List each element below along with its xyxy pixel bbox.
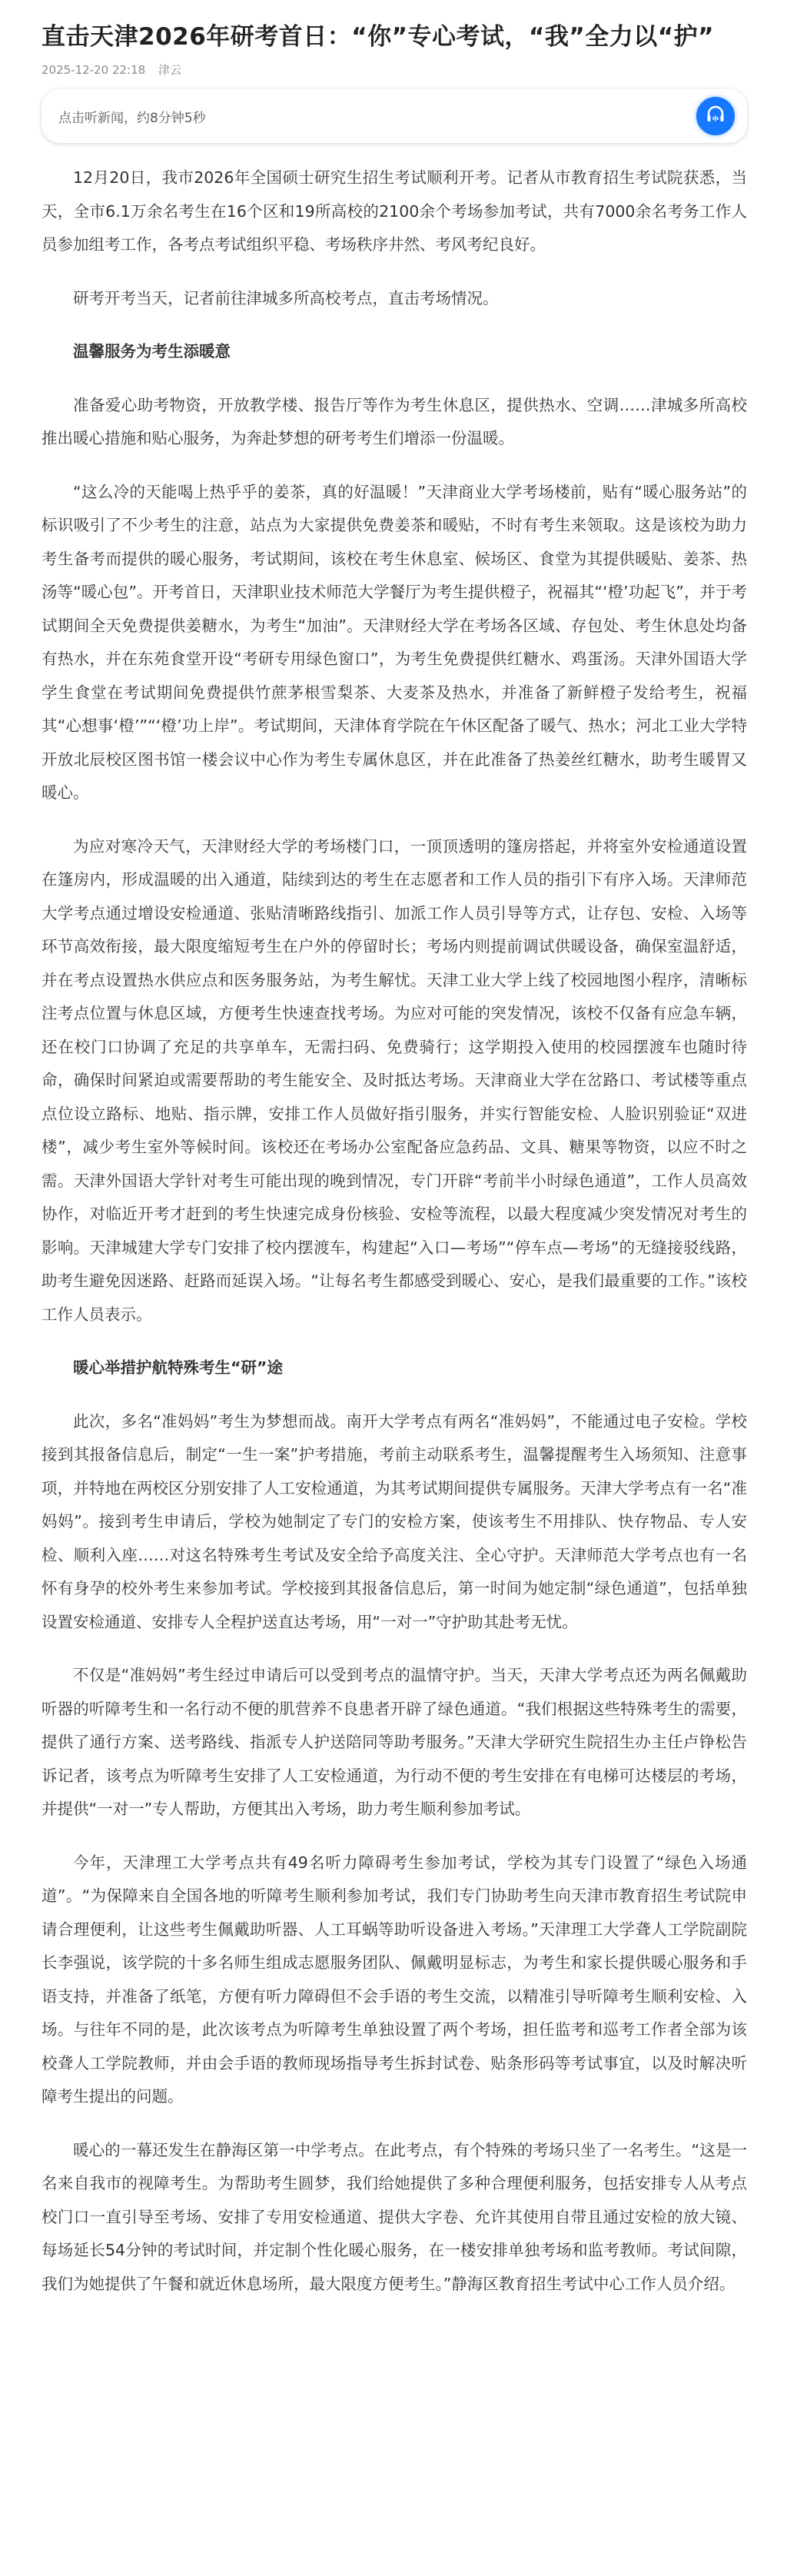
listen-news-bar[interactable]: 点击听新闻，约8分钟5秒 bbox=[42, 89, 747, 143]
paragraph: 暖心的一幕还发生在静海区第一中学考点。在此考点，有个特殊的考场只坐了一名考生。“… bbox=[42, 2134, 747, 2302]
article: 直击天津2026年研考首日：“你”专心考试，“我”全力以“护” 2025-12-… bbox=[0, 0, 787, 2301]
article-title: 直击天津2026年研考首日：“你”专心考试，“我”全力以“护” bbox=[42, 0, 747, 54]
article-source[interactable]: 津云 bbox=[158, 63, 181, 77]
article-body: 12月20日，我市2026年全国硕士研究生招生考试顺利开考。记者从市教育招生考试… bbox=[42, 161, 747, 2301]
section-heading: 暖心举措护航特殊考生“研”途 bbox=[42, 1351, 747, 1385]
paragraph: 今年，天津理工大学考点共有49名听力障碍考生参加考试，学校为其专门设置了“绿色入… bbox=[42, 1846, 747, 2114]
article-meta: 2025-12-20 22:18 津云 bbox=[42, 61, 747, 78]
paragraph: 不仅是“准妈妈”考生经过申请后可以受到考点的温情守护。当天，天津大学考点还为两名… bbox=[42, 1659, 747, 1826]
paragraph: “这么冷的天能喝上热乎乎的姜茶，真的好温暖！”天津商业大学考场楼前，贴有“暖心服… bbox=[42, 476, 747, 810]
section-heading: 温馨服务为考生添暖意 bbox=[42, 335, 747, 369]
paragraph: 研考开考当天，记者前往津城多所高校考点，直击考场情况。 bbox=[42, 282, 747, 316]
paragraph-intro: 12月20日，我市2026年全国硕士研究生招生考试顺利开考。记者从市教育招生考试… bbox=[42, 161, 747, 262]
paragraph: 准备爱心助考物资，开放教学楼、报告厅等作为考生休息区，提供热水、空调……津城多所… bbox=[42, 389, 747, 456]
headphones-icon bbox=[705, 104, 726, 128]
listen-news-label: 点击听新闻，约8分钟5秒 bbox=[58, 107, 206, 126]
paragraph: 此次，多名“准妈妈”考生为梦想而战。南开大学考点有两名“准妈妈”，不能通过电子安… bbox=[42, 1405, 747, 1640]
publish-datetime: 2025-12-20 22:18 bbox=[42, 63, 145, 77]
paragraph: 为应对寒冷天气，天津财经大学的考场楼门口，一顶顶透明的篷房搭起，并将室外安检通道… bbox=[42, 830, 747, 1332]
play-audio-button[interactable] bbox=[696, 97, 735, 135]
